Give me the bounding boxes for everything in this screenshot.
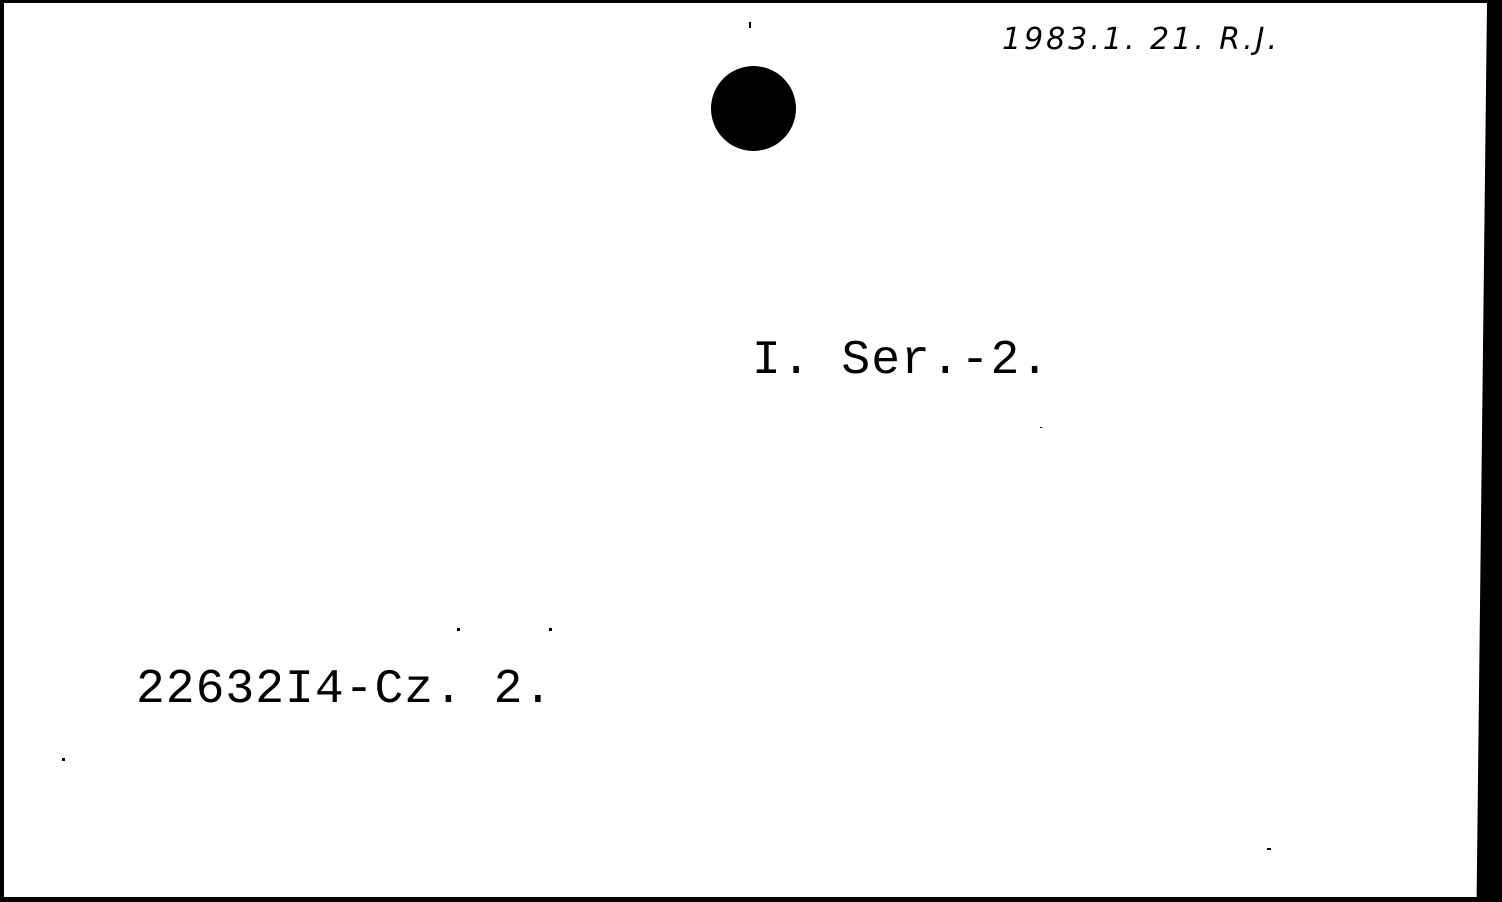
- scan-speck: [1040, 427, 1042, 428]
- punch-hole: [711, 66, 796, 151]
- scan-edge: [1496, 0, 1502, 902]
- catalog-number: 22632I4-Cz. 2.: [136, 663, 553, 717]
- scan-speck: [1267, 848, 1271, 850]
- scan-speck: [457, 628, 460, 631]
- scan-speck: [749, 22, 751, 28]
- handwritten-date-note: 1983.1. 21. R.J.: [1002, 22, 1280, 57]
- series-label: I. Ser.-2.: [752, 334, 1050, 388]
- scan-speck: [549, 628, 552, 631]
- scan-speck: [62, 758, 65, 761]
- scanned-index-card: 1983.1. 21. R.J. I. Ser.-2. 22632I4-Cz. …: [0, 0, 1502, 902]
